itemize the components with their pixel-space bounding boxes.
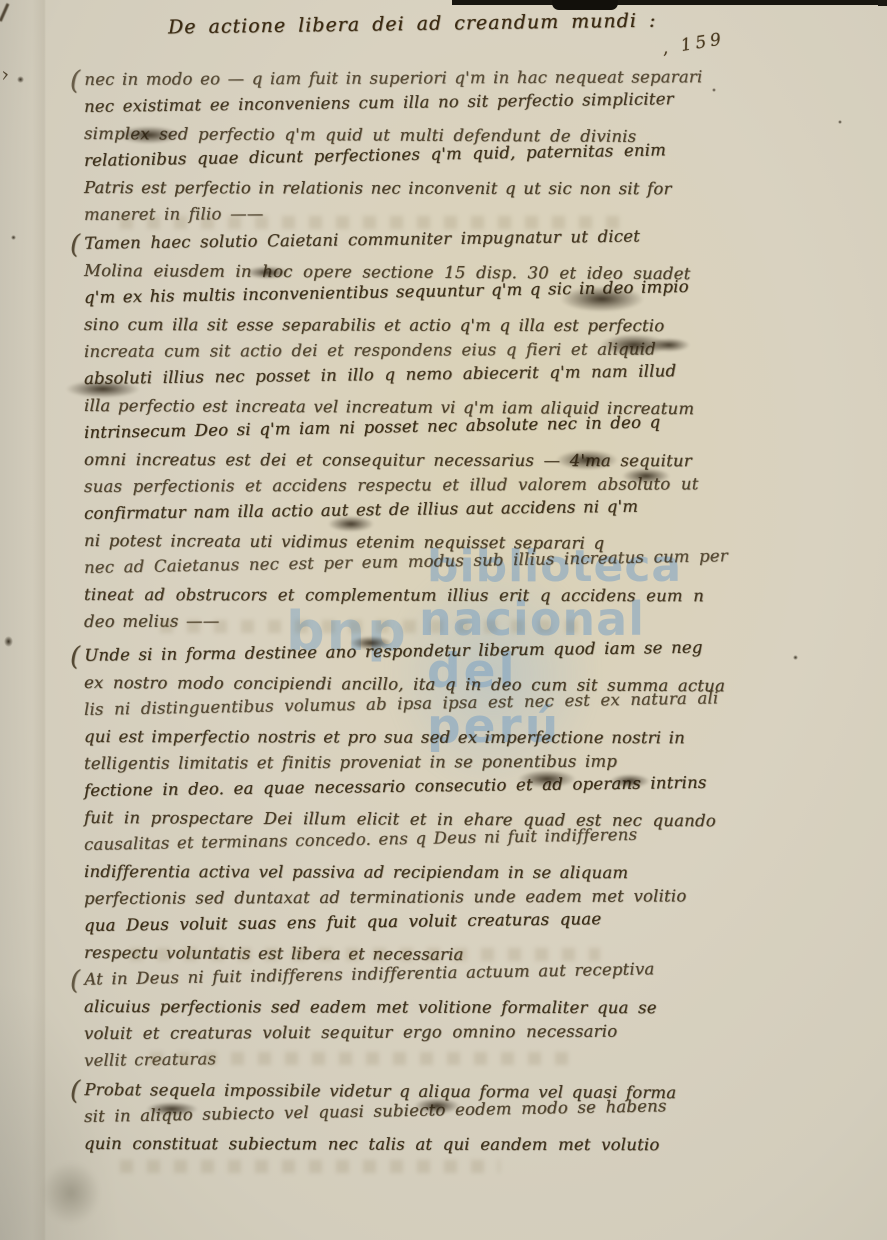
bleed-through [150,1052,570,1065]
ink-blot [622,468,670,484]
ink-blot [146,1102,198,1116]
paper-speck [838,120,842,124]
paragraph: Tamen haec solutio Caietani communiter i… [84,230,736,635]
folio-number: , 159 [661,29,727,59]
ink-blot [518,770,576,788]
page-title: De actione libera dei ad creandum mundi … [168,9,657,40]
scan-edge [452,0,887,5]
folio-digits: 159 [679,29,726,56]
paper-speck [712,88,716,92]
paper-speck [17,76,24,83]
bleed-through [130,948,600,961]
manuscript-line: quin constituat subiectum nec talis at q… [84,1130,736,1158]
paragraph: Unde si in forma destinee ano respondetu… [84,642,736,966]
gray-smudge [42,1162,100,1224]
paragraph: nec in modo eo — q iam fuit in superiori… [84,66,736,228]
bleed-through [160,620,590,633]
ink-blot [246,266,288,279]
manuscript-page: › bnp biblioteca nacional del perú De ac… [0,0,887,1240]
paper-speck [4,636,13,647]
paragraph: Probat sequela impossibile videtur q ali… [84,1076,736,1157]
ink-blot [648,338,690,352]
ink-blot [328,516,374,532]
bleed-through [120,1160,500,1173]
ink-blot [610,774,650,788]
ink-blot [414,1098,460,1114]
folio-comma: , [661,38,673,59]
ink-blot [556,450,618,470]
paper-speck [11,235,16,240]
bleed-through [120,216,620,229]
scan-edge-right [878,0,887,6]
ink-blot [118,126,180,144]
ink-blot [350,636,392,650]
manuscript-line: Unde si in forma destinee ano respondetu… [70,633,736,669]
paper-speck [793,655,798,660]
ink-blot [66,380,140,398]
ink-blot [560,286,644,312]
